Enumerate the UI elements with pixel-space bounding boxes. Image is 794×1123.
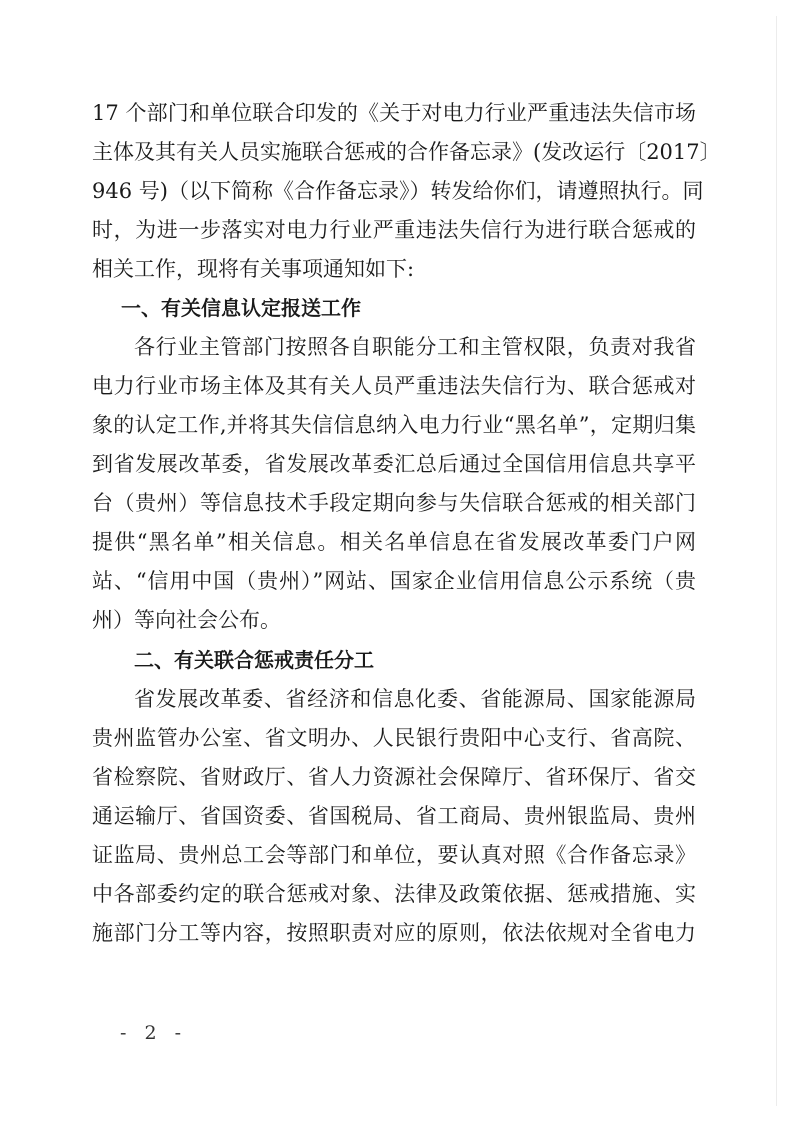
section-heading-1: 一、有关信息认定报送工作 <box>121 295 361 321</box>
body-line: 台（贵州）等信息技术手段定期向参与失信联合惩戒的相关部门 <box>92 490 696 516</box>
body-line: 电力行业市场主体及其有关人员严重违法失信行为、联合惩戒对 <box>92 373 696 399</box>
body-line: 946 号)（以下简称《合作备忘录》）转发给你们，请遵照执行。同 <box>92 178 696 204</box>
body-line: 提供“黑名单”相关信息。相关名单信息在省发展改革委门户网 <box>92 529 696 555</box>
body-line: 贵州监管办公室、省文明办、人民银行贵阳中心支行、省高院、 <box>92 725 696 751</box>
body-line: 中各部委约定的联合惩戒对象、法律及政策依据、惩戒措施、实 <box>92 881 696 907</box>
page-edge-line <box>776 16 777 1106</box>
body-line: 通运输厅、省国资委、省国税局、省工商局、贵州银监局、贵州 <box>92 803 696 829</box>
body-line: 各行业主管部门按照各自职能分工和主管权限，负责对我省 <box>134 334 696 360</box>
body-line: 站、“信用中国（贵州）”网站、国家企业信用信息公示系统（贵 <box>92 568 696 594</box>
body-line: 证监局、贵州总工会等部门和单位，要认真对照《合作备忘录》 <box>92 842 696 868</box>
body-line: 主体及其有关人员实施联合惩戒的合作备忘录》(发改运行〔2017〕 <box>92 139 696 165</box>
body-line: 17 个部门和单位联合印发的《关于对电力行业严重违法失信市场 <box>92 100 696 126</box>
body-line: 州）等向社会公布。 <box>92 607 696 633</box>
body-line: 省检察院、省财政厅、省人力资源社会保障厅、省环保厅、省交 <box>92 764 696 790</box>
page-number: - 2 - <box>120 1022 187 1044</box>
body-line: 相关工作，现将有关事项通知如下: <box>92 256 696 282</box>
section-heading-2: 二、有关联合惩戒责任分工 <box>134 647 374 673</box>
body-line: 施部门分工等内容，按照职责对应的原则，依法依规对全省电力 <box>92 920 696 946</box>
body-line: 到省发展改革委，省发展改革委汇总后通过全国信用信息共享平 <box>92 451 696 477</box>
body-line: 省发展改革委、省经济和信息化委、省能源局、国家能源局 <box>134 686 696 712</box>
body-line: 象的认定工作,并将其失信信息纳入电力行业“黑名单”，定期归集 <box>92 412 696 438</box>
body-line: 时，为进一步落实对电力行业严重违法失信行为进行联合惩戒的 <box>92 217 696 243</box>
